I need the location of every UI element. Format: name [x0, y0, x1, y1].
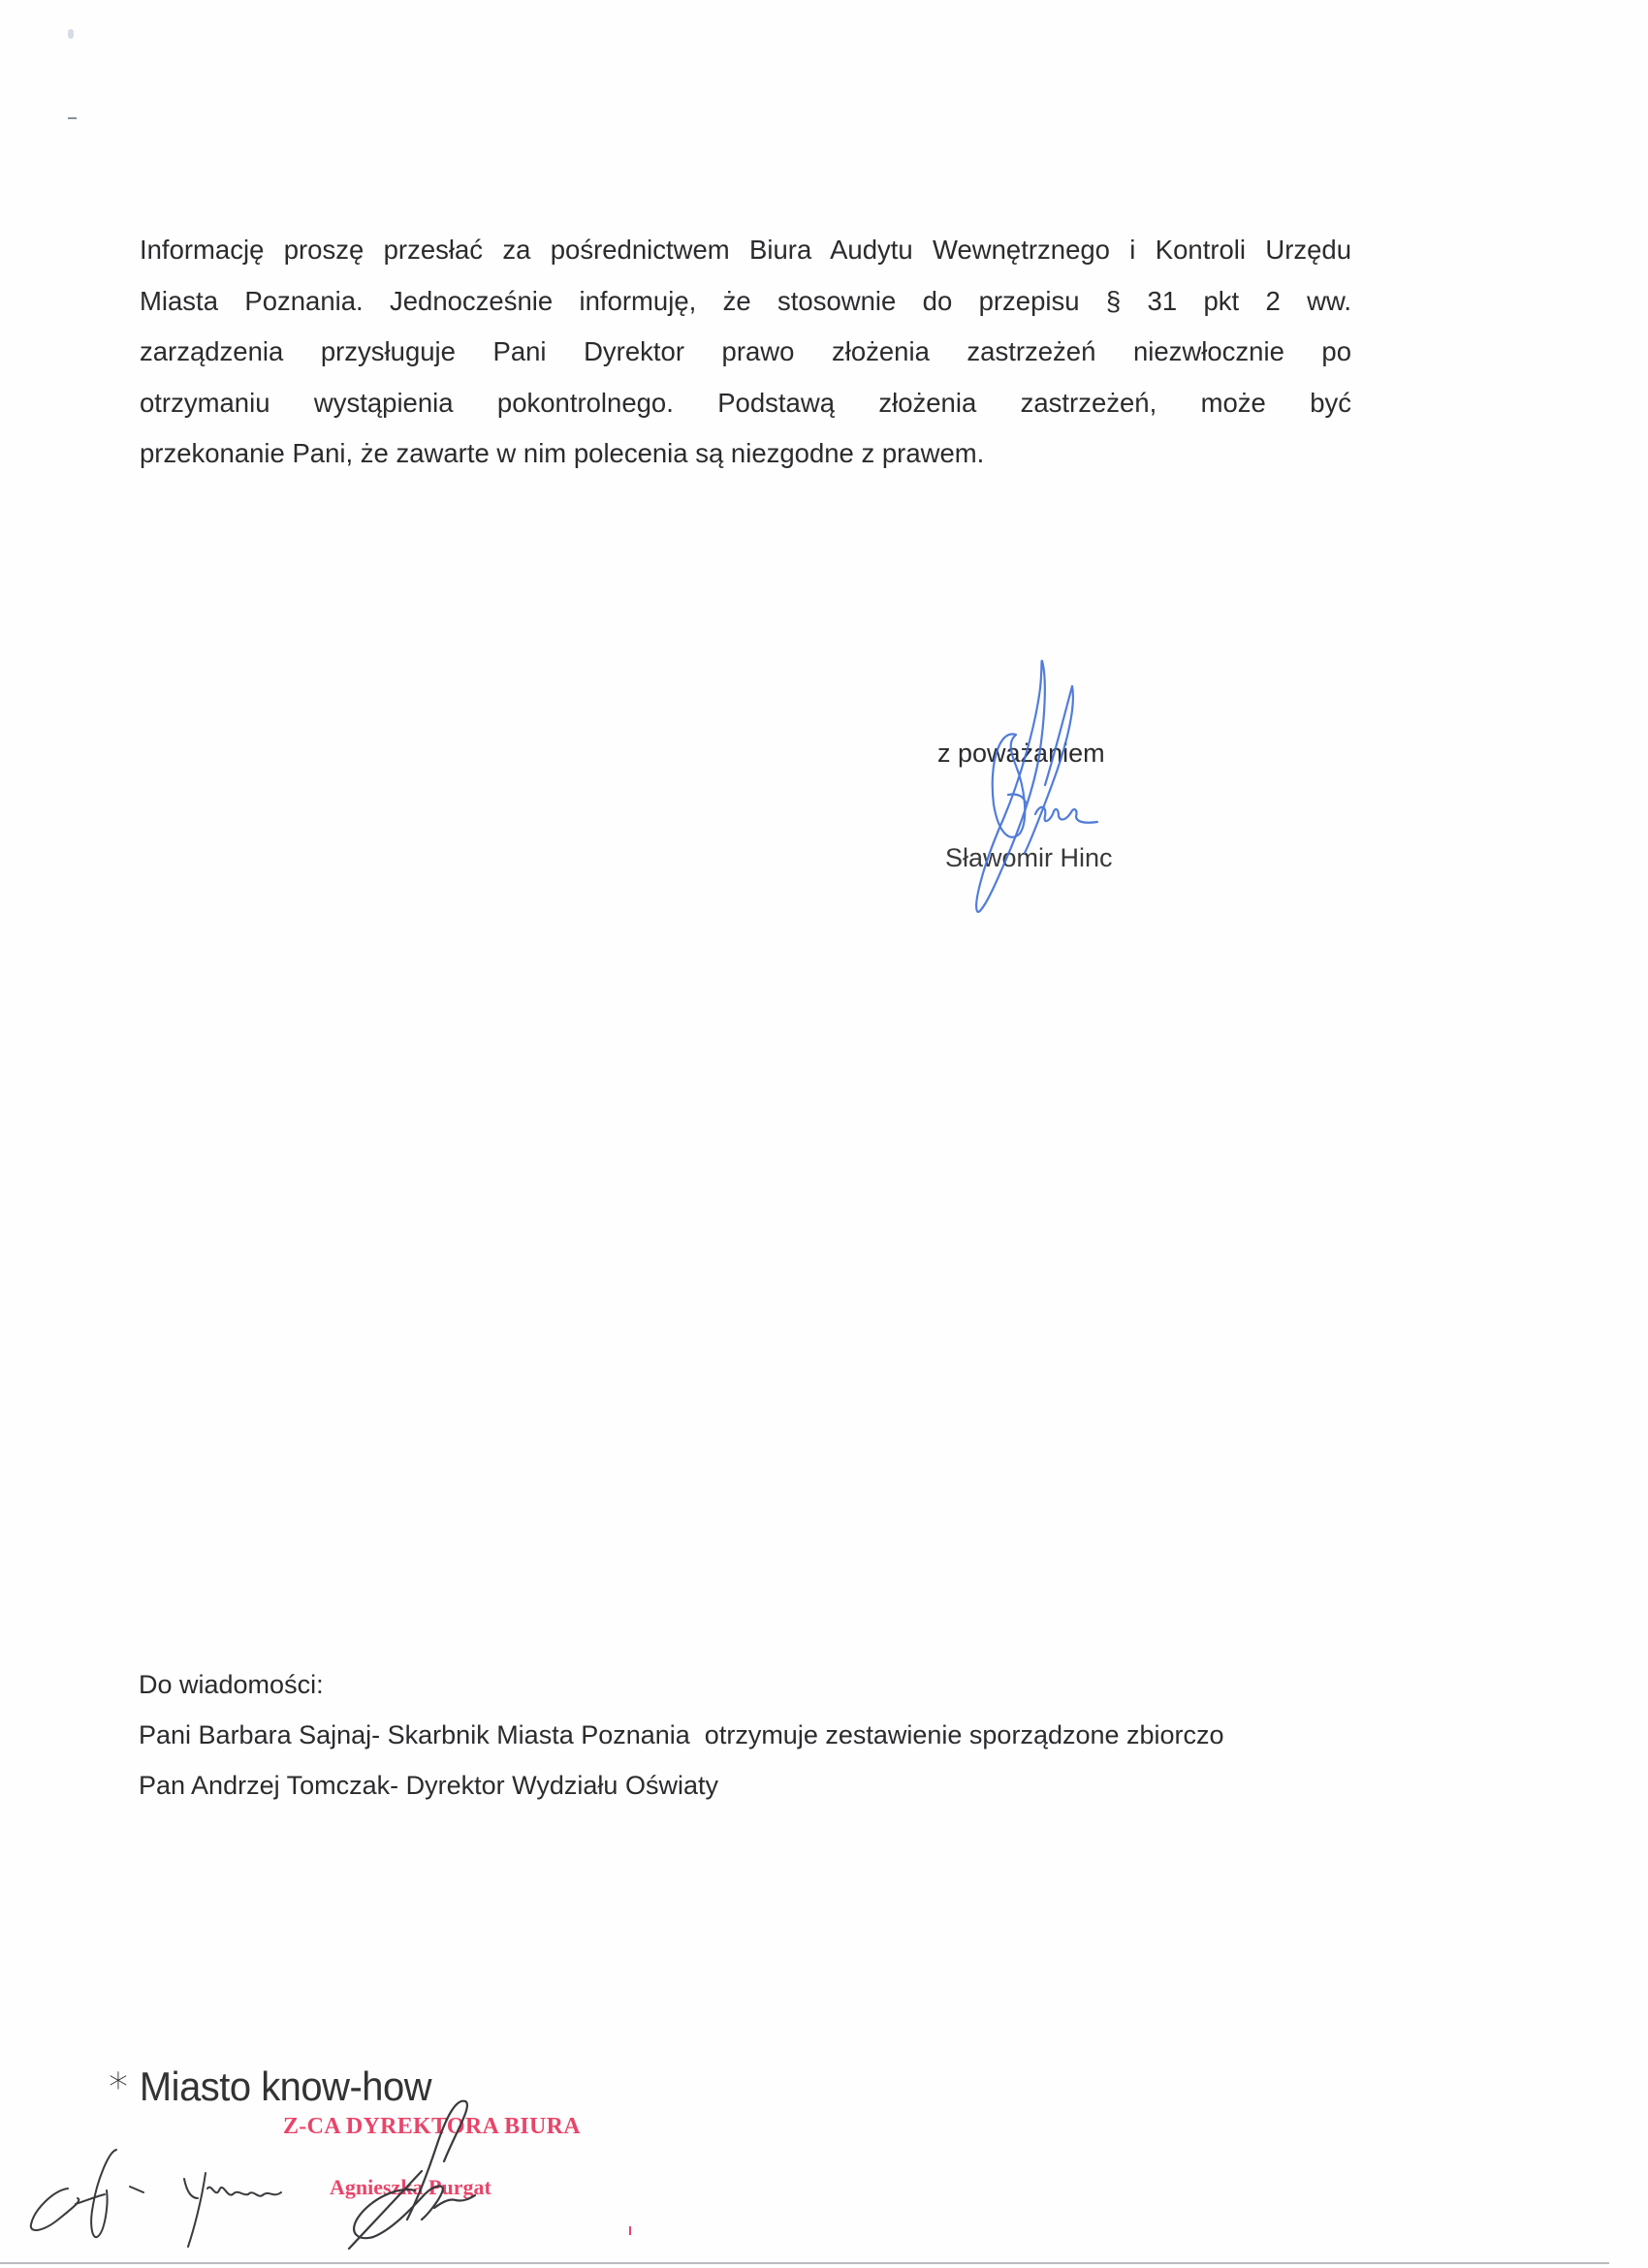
body-line: przekonanie Pani, że zawarte w nim polec… [140, 428, 1351, 480]
page-bottom-edge [0, 2262, 1609, 2264]
body-paragraph: Informację proszę przesłać za pośrednict… [140, 225, 1351, 480]
asterisk-icon: * [109, 2065, 128, 2110]
document-page: Informację proszę przesłać za pośrednict… [0, 0, 1648, 2268]
scan-artifact [68, 29, 74, 39]
handwritten-signature-blue [931, 649, 1144, 930]
handwritten-initials [0, 2113, 291, 2268]
stamp-mark [629, 2226, 631, 2235]
cc-section: Do wiadomości: Pani Barbara Sajnaj- Skar… [139, 1659, 1224, 1811]
handwritten-signature-dark [330, 2094, 504, 2258]
scan-artifact [68, 117, 77, 119]
cc-recipient: Pani Barbara Sajnaj- Skarbnik Miasta Poz… [139, 1710, 1224, 1760]
body-line: Miasta Poznania. Jednocześnie informuję,… [140, 276, 1351, 328]
body-line: otrzymaniu wystąpienia pokontrolnego. Po… [140, 378, 1351, 429]
cc-heading: Do wiadomości: [139, 1659, 1224, 1710]
body-line: Informację proszę przesłać za pośrednict… [140, 225, 1351, 276]
body-line: zarządzenia przysługuje Pani Dyrektor pr… [140, 327, 1351, 378]
cc-recipient: Pan Andrzej Tomczak- Dyrektor Wydziału O… [139, 1760, 1224, 1811]
